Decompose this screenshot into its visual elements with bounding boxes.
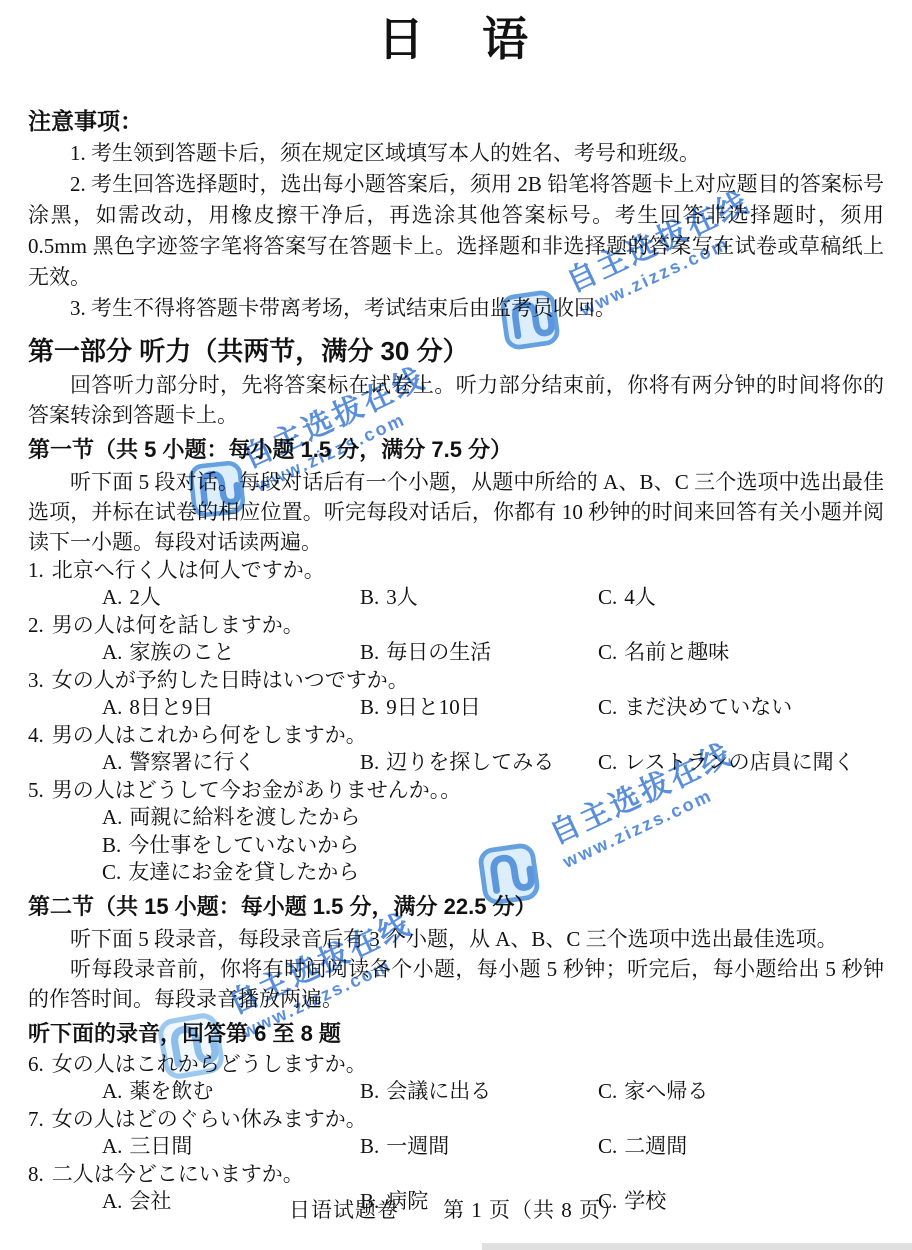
notice-item: 3. 考生不得将答题卡带离考场，考试结束后由监考员收回。 [28,293,884,324]
part1-heading: 第一部分 听力（共两节，满分 30 分） [28,334,884,368]
notice-heading: 注意事项： [28,104,884,138]
section2-subheading: 听下面的录音，回答第 6 至 8 题 [28,1018,884,1049]
options-row: A.警察署に行く B.辺りを探してみる C.レストランの店員に聞く [28,749,884,777]
question-stem: 8.二人は今どこにいますか。 [28,1161,884,1189]
options-row: A.8日と9日 B.9日と10日 C.まだ決めていない [28,694,884,722]
option-a: A.8日と9日 [102,694,360,722]
question-stem-text: 男の人は何を話しますか。 [52,613,304,637]
section2-intro-2: 听每段录音前，你将有时间阅读各个小题，每小题 5 秒钟；听完后，每小题给出 5 … [28,954,884,1014]
option-c: C.レストランの店員に聞く [598,749,884,777]
options-row: A.薬を飲む B.会議に出る C.家へ帰る [28,1078,884,1106]
option-b: B.一週間 [360,1133,598,1161]
question-number: 8. [28,1162,44,1186]
page-footer: 日语试题卷 第 1 页（共 8 页） [0,1194,912,1224]
question-stem-text: 男の人はこれから何をしますか。 [52,723,367,747]
question-number: 1. [28,558,44,582]
option-c: C.まだ決めていない [598,694,884,722]
question-stem-text: 北京へ行く人は何人ですか。 [52,558,325,582]
question-stem: 6.女の人はこれからどうしますか。 [28,1051,884,1079]
option-c: C.4人 [598,584,884,612]
notice-item: 1. 考生领到答题卡后，须在规定区域填写本人的姓名、考号和班级。 [28,138,884,169]
question-number: 4. [28,723,44,747]
option-c: C.二週間 [598,1133,884,1161]
section2-heading: 第二节（共 15 小题：每小题 1.5 分，满分 22.5 分） [28,891,884,922]
question-stem-text: 男の人はどうして今お金がありませんか。。 [52,778,462,802]
option-b: B.会議に出る [360,1078,598,1106]
options-row: A.家族のこと B.毎日の生活 C.名前と趣味 [28,639,884,667]
question-7: 7.女の人はどのぐらい休みますか。 A.三日間 B.一週間 C.二週間 [28,1106,884,1161]
option-a: A.薬を飲む [102,1078,360,1106]
question-number: 3. [28,668,44,692]
page-title: 日 语 [28,10,884,70]
option-b: B.9日と10日 [360,694,598,722]
question-stem: 1.北京へ行く人は何人ですか。 [28,557,884,585]
question-number: 2. [28,613,44,637]
question-stem-text: 二人は今どこにいますか。 [52,1162,304,1186]
notice-item: 2. 考生回答选择题时，选出每小题答案后，须用 2B 铅笔将答题卡上对应题目的答… [28,169,884,293]
option-b: B.辺りを探してみる [360,749,598,777]
option-a: A.警察署に行く [102,749,360,777]
question-number: 7. [28,1107,44,1131]
question-5: 5.男の人はどうして今お金がありませんか。。 A.両親に給料を渡したから B.今… [28,777,884,887]
section1-intro: 听下面 5 段对话。每段对话后有一个小题，从题中所给的 A、B、C 三个选项中选… [28,467,884,557]
option-c: C.友達にお金を貸したから [28,859,884,887]
options-row: A.三日間 B.一週間 C.二週間 [28,1133,884,1161]
part1-intro: 回答听力部分时，先将答案标在试卷上。听力部分结束前，你将有两分钟的时间将你的答案… [28,370,884,430]
question-6: 6.女の人はこれからどうしますか。 A.薬を飲む B.会議に出る C.家へ帰る [28,1051,884,1106]
option-a: A.三日間 [102,1133,360,1161]
question-stem: 7.女の人はどのぐらい休みますか。 [28,1106,884,1134]
question-stem: 2.男の人は何を話しますか。 [28,612,884,640]
question-stem: 4.男の人はこれから何をしますか。 [28,722,884,750]
question-stem-text: 女の人が予約した日時はいつですか。 [52,668,409,692]
question-stem: 5.男の人はどうして今お金がありませんか。。 [28,777,884,805]
option-a: A.家族のこと [102,639,360,667]
question-stem-text: 女の人はどのぐらい休みますか。 [52,1107,367,1131]
option-c: C.家へ帰る [598,1078,884,1106]
options-row: A.2人 B.3人 C.4人 [28,584,884,612]
question-1: 1.北京へ行く人は何人ですか。 A.2人 B.3人 C.4人 [28,557,884,612]
question-number: 5. [28,778,44,802]
notice-section: 注意事项： 1. 考生领到答题卡后，须在规定区域填写本人的姓名、考号和班级。 2… [28,104,884,324]
question-stem: 3.女の人が予約した日時はいつですか。 [28,667,884,695]
option-a: A.2人 [102,584,360,612]
scan-artifact [482,1243,912,1250]
question-number: 6. [28,1052,44,1076]
option-b: B.今仕事をしていないから [28,832,884,860]
exam-page: 自主选拔在线 www.zizzs.com 自主选拔在线 www.zizzs.co… [0,0,912,1250]
question-3: 3.女の人が予約した日時はいつですか。 A.8日と9日 B.9日と10日 C.ま… [28,667,884,722]
section2-intro-1: 听下面 5 段录音，每段录音后有 3 个小题，从 A、B、C 三个选项中选出最佳… [28,924,884,954]
question-stem-text: 女の人はこれからどうしますか。 [52,1052,367,1076]
question-4: 4.男の人はこれから何をしますか。 A.警察署に行く B.辺りを探してみる C.… [28,722,884,777]
option-b: B.3人 [360,584,598,612]
option-a: A.両親に給料を渡したから [28,804,884,832]
option-b: B.毎日の生活 [360,639,598,667]
question-2: 2.男の人は何を話しますか。 A.家族のこと B.毎日の生活 C.名前と趣味 [28,612,884,667]
option-c: C.名前と趣味 [598,639,884,667]
section1-heading: 第一节（共 5 小题：每小题 1.5 分，满分 7.5 分） [28,434,884,465]
